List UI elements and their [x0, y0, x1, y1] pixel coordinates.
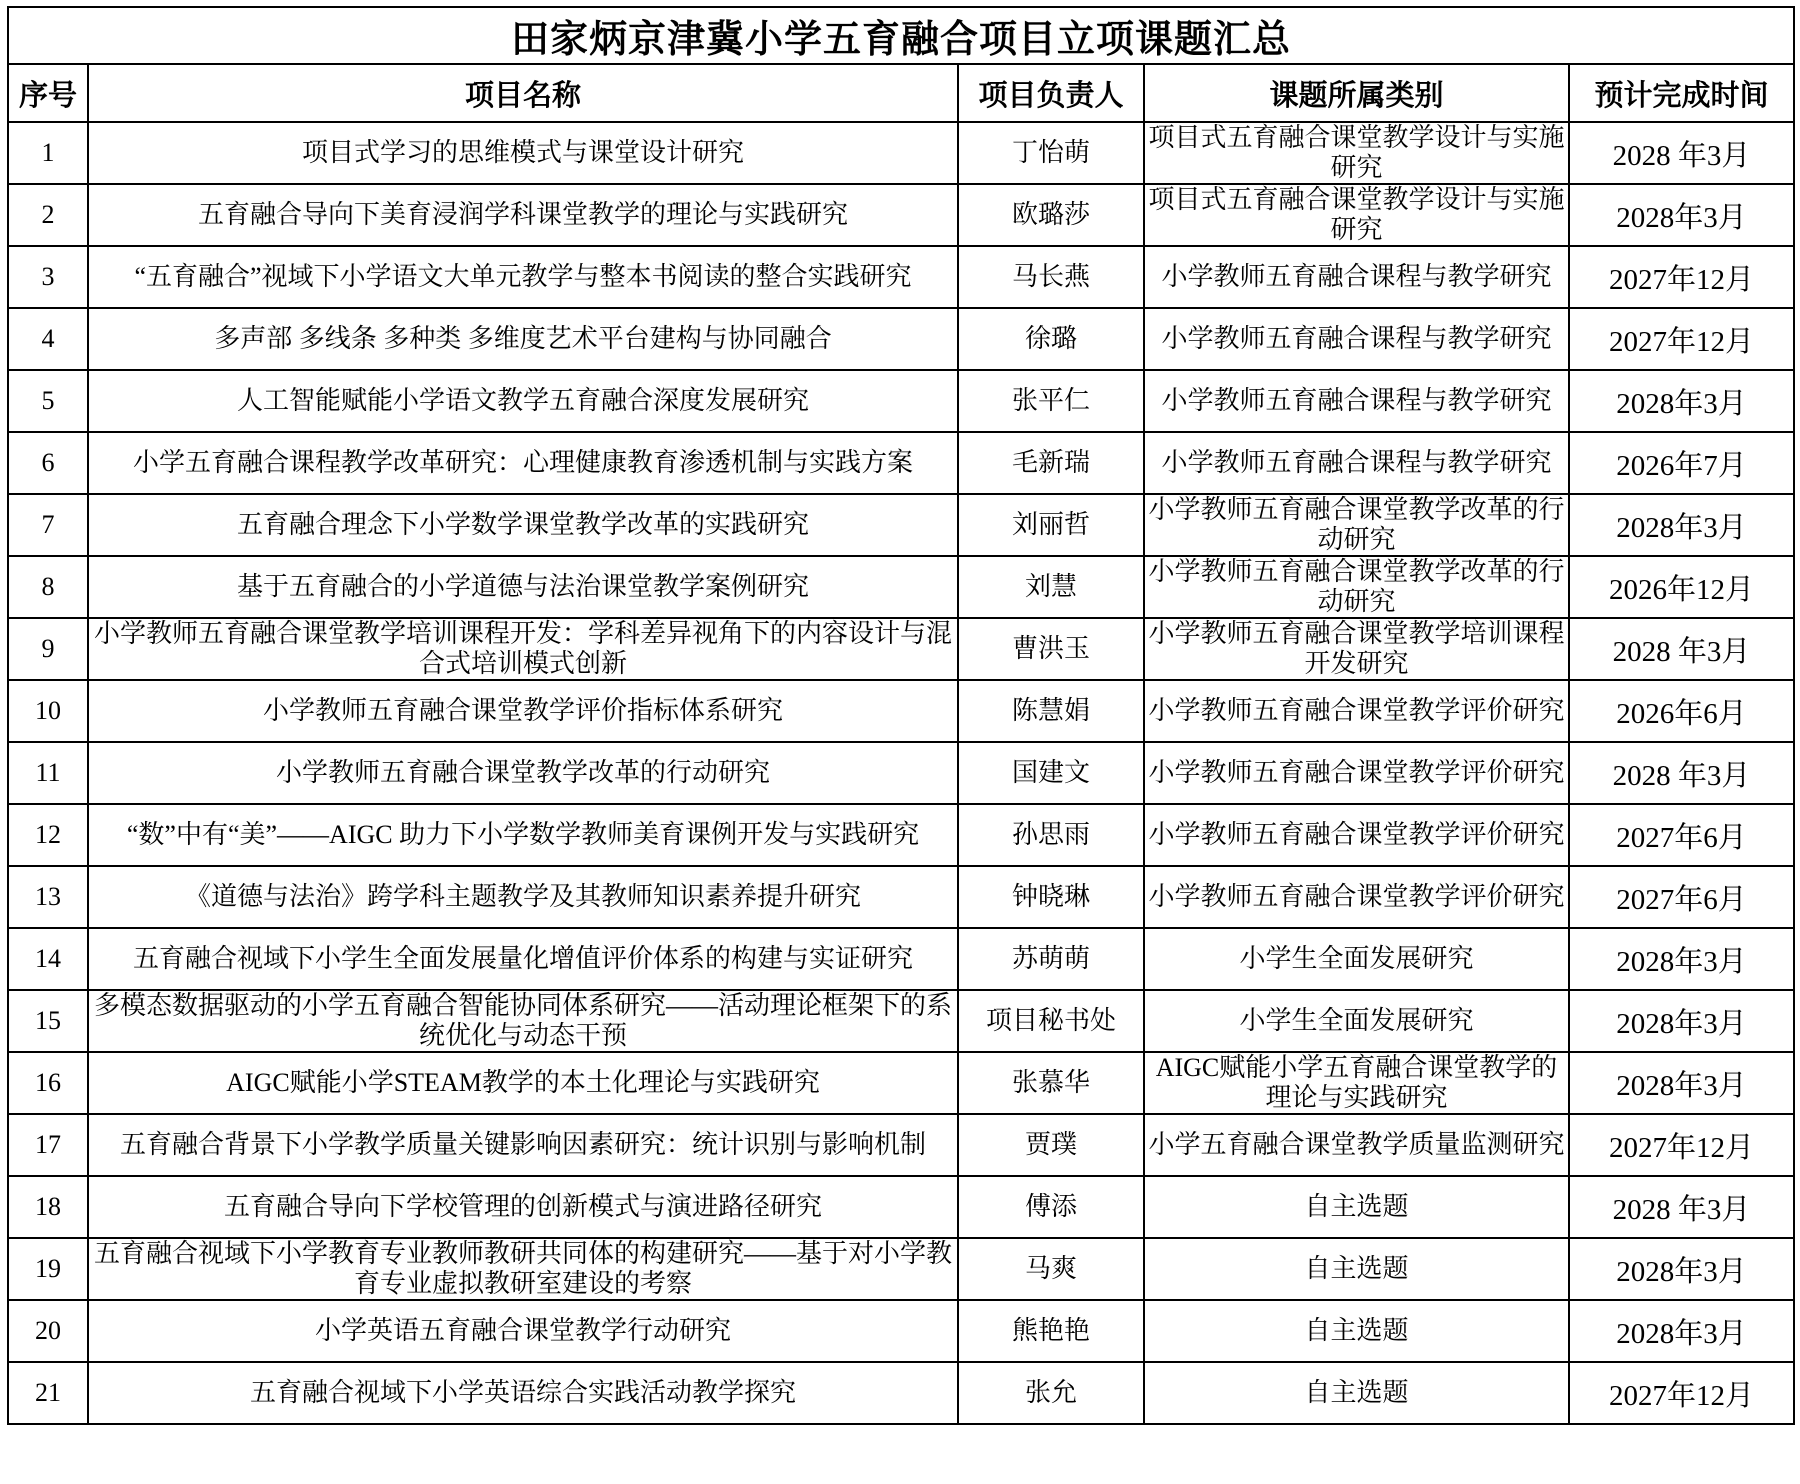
- cell-project-name: 项目式学习的思维模式与课堂设计研究: [88, 122, 958, 184]
- table-body: 1 项目式学习的思维模式与课堂设计研究 丁怡萌 项目式五育融合课堂教学设计与实施…: [8, 122, 1794, 1424]
- column-header-project-name: 项目名称: [88, 64, 958, 122]
- projects-table: 田家炳京津冀小学五育融合项目立项课题汇总 序号 项目名称 项目负责人 课题所属类…: [7, 6, 1795, 1425]
- cell-project-name: 五育融合视域下小学生全面发展量化增值评价体系的构建与实证研究: [88, 928, 958, 990]
- cell-date: 2028年3月: [1569, 184, 1794, 246]
- cell-category: 小学教师五育融合课堂教学评价研究: [1144, 742, 1569, 804]
- cell-leader: 张慕华: [958, 1052, 1144, 1114]
- column-header-date: 预计完成时间: [1569, 64, 1794, 122]
- cell-project-name: 小学教师五育融合课堂教学改革的行动研究: [88, 742, 958, 804]
- table-row: 6 小学五育融合课程教学改革研究：心理健康教育渗透机制与实践方案 毛新瑞 小学教…: [8, 432, 1794, 494]
- cell-no: 9: [8, 618, 88, 680]
- table-row: 14 五育融合视域下小学生全面发展量化增值评价体系的构建与实证研究 苏萌萌 小学…: [8, 928, 1794, 990]
- cell-date: 2028 年3月: [1569, 618, 1794, 680]
- cell-project-name: 五育融合导向下学校管理的创新模式与演进路径研究: [88, 1176, 958, 1238]
- table-row: 7 五育融合理念下小学数学课堂教学改革的实践研究 刘丽哲 小学教师五育融合课堂教…: [8, 494, 1794, 556]
- cell-no: 20: [8, 1300, 88, 1362]
- cell-date: 2027年12月: [1569, 308, 1794, 370]
- cell-no: 18: [8, 1176, 88, 1238]
- cell-leader: 项目秘书处: [958, 990, 1144, 1052]
- cell-no: 15: [8, 990, 88, 1052]
- table-row: 16 AIGC赋能小学STEAM教学的本土化理论与实践研究 张慕华 AIGC赋能…: [8, 1052, 1794, 1114]
- cell-category: 自主选题: [1144, 1238, 1569, 1300]
- cell-project-name: 小学五育融合课程教学改革研究：心理健康教育渗透机制与实践方案: [88, 432, 958, 494]
- cell-category: 项目式五育融合课堂教学设计与实施研究: [1144, 184, 1569, 246]
- cell-project-name: 五育融合理念下小学数学课堂教学改革的实践研究: [88, 494, 958, 556]
- cell-category: 小学教师五育融合课堂教学评价研究: [1144, 680, 1569, 742]
- table-row: 2 五育融合导向下美育浸润学科课堂教学的理论与实践研究 欧璐莎 项目式五育融合课…: [8, 184, 1794, 246]
- cell-date: 2027年6月: [1569, 804, 1794, 866]
- cell-no: 1: [8, 122, 88, 184]
- cell-date: 2027年6月: [1569, 866, 1794, 928]
- cell-leader: 孙思雨: [958, 804, 1144, 866]
- table-row: 4 多声部 多线条 多种类 多维度艺术平台建构与协同融合 徐璐 小学教师五育融合…: [8, 308, 1794, 370]
- cell-leader: 陈慧娟: [958, 680, 1144, 742]
- cell-category: 小学教师五育融合课堂教学评价研究: [1144, 804, 1569, 866]
- cell-leader: 张平仁: [958, 370, 1144, 432]
- table-row: 20 小学英语五育融合课堂教学行动研究 熊艳艳 自主选题 2028年3月: [8, 1300, 1794, 1362]
- table-row: 8 基于五育融合的小学道德与法治课堂教学案例研究 刘慧 小学教师五育融合课堂教学…: [8, 556, 1794, 618]
- cell-no: 2: [8, 184, 88, 246]
- cell-leader: 熊艳艳: [958, 1300, 1144, 1362]
- cell-leader: 马长燕: [958, 246, 1144, 308]
- cell-no: 5: [8, 370, 88, 432]
- cell-no: 13: [8, 866, 88, 928]
- cell-date: 2028年3月: [1569, 1300, 1794, 1362]
- table-row: 12 “数”中有“美”——AIGC 助力下小学数学教师美育课例开发与实践研究 孙…: [8, 804, 1794, 866]
- table-row: 17 五育融合背景下小学教学质量关键影响因素研究：统计识别与影响机制 贾璞 小学…: [8, 1114, 1794, 1176]
- cell-date: 2028年3月: [1569, 990, 1794, 1052]
- table-row: 21 五育融合视域下小学英语综合实践活动教学探究 张允 自主选题 2027年12…: [8, 1362, 1794, 1424]
- table-row: 3 “五育融合”视域下小学语文大单元教学与整本书阅读的整合实践研究 马长燕 小学…: [8, 246, 1794, 308]
- cell-category: 小学五育融合课堂教学质量监测研究: [1144, 1114, 1569, 1176]
- cell-category: 自主选题: [1144, 1300, 1569, 1362]
- cell-category: 小学生全面发展研究: [1144, 990, 1569, 1052]
- cell-no: 17: [8, 1114, 88, 1176]
- cell-date: 2026年7月: [1569, 432, 1794, 494]
- cell-project-name: 五育融合视域下小学英语综合实践活动教学探究: [88, 1362, 958, 1424]
- cell-no: 8: [8, 556, 88, 618]
- cell-date: 2026年6月: [1569, 680, 1794, 742]
- table-row: 15 多模态数据驱动的小学五育融合智能协同体系研究——活动理论框架下的系统优化与…: [8, 990, 1794, 1052]
- cell-leader: 毛新瑞: [958, 432, 1144, 494]
- cell-date: 2027年12月: [1569, 246, 1794, 308]
- page-title: 田家炳京津冀小学五育融合项目立项课题汇总: [8, 7, 1794, 64]
- cell-date: 2028年3月: [1569, 1052, 1794, 1114]
- cell-date: 2028 年3月: [1569, 122, 1794, 184]
- cell-project-name: 多模态数据驱动的小学五育融合智能协同体系研究——活动理论框架下的系统优化与动态干…: [88, 990, 958, 1052]
- cell-leader: 贾璞: [958, 1114, 1144, 1176]
- cell-no: 4: [8, 308, 88, 370]
- table-row: 5 人工智能赋能小学语文教学五育融合深度发展研究 张平仁 小学教师五育融合课程与…: [8, 370, 1794, 432]
- cell-date: 2028 年3月: [1569, 742, 1794, 804]
- cell-project-name: 《道德与法治》跨学科主题教学及其教师知识素养提升研究: [88, 866, 958, 928]
- cell-category: 小学生全面发展研究: [1144, 928, 1569, 990]
- cell-no: 16: [8, 1052, 88, 1114]
- table-row: 11 小学教师五育融合课堂教学改革的行动研究 国建文 小学教师五育融合课堂教学评…: [8, 742, 1794, 804]
- cell-leader: 曹洪玉: [958, 618, 1144, 680]
- cell-category: 项目式五育融合课堂教学设计与实施研究: [1144, 122, 1569, 184]
- cell-no: 21: [8, 1362, 88, 1424]
- cell-no: 3: [8, 246, 88, 308]
- cell-category: 小学教师五育融合课程与教学研究: [1144, 246, 1569, 308]
- cell-category: 小学教师五育融合课堂教学评价研究: [1144, 866, 1569, 928]
- table-row: 13 《道德与法治》跨学科主题教学及其教师知识素养提升研究 钟晓琳 小学教师五育…: [8, 866, 1794, 928]
- column-header-no: 序号: [8, 64, 88, 122]
- cell-category: 小学教师五育融合课程与教学研究: [1144, 370, 1569, 432]
- cell-category: 自主选题: [1144, 1176, 1569, 1238]
- cell-project-name: AIGC赋能小学STEAM教学的本土化理论与实践研究: [88, 1052, 958, 1114]
- table-row: 9 小学教师五育融合课堂教学培训课程开发：学科差异视角下的内容设计与混合式培训模…: [8, 618, 1794, 680]
- cell-category: 小学教师五育融合课程与教学研究: [1144, 308, 1569, 370]
- cell-leader: 国建文: [958, 742, 1144, 804]
- cell-date: 2027年12月: [1569, 1362, 1794, 1424]
- table-row: 1 项目式学习的思维模式与课堂设计研究 丁怡萌 项目式五育融合课堂教学设计与实施…: [8, 122, 1794, 184]
- cell-no: 12: [8, 804, 88, 866]
- cell-leader: 欧璐莎: [958, 184, 1144, 246]
- cell-date: 2028 年3月: [1569, 1176, 1794, 1238]
- cell-category: 小学教师五育融合课堂教学培训课程开发研究: [1144, 618, 1569, 680]
- cell-project-name: 五育融合背景下小学教学质量关键影响因素研究：统计识别与影响机制: [88, 1114, 958, 1176]
- table-row: 19 五育融合视域下小学教育专业教师教研共同体的构建研究——基于对小学教育专业虚…: [8, 1238, 1794, 1300]
- cell-leader: 刘慧: [958, 556, 1144, 618]
- cell-leader: 钟晓琳: [958, 866, 1144, 928]
- cell-leader: 徐璐: [958, 308, 1144, 370]
- column-header-category: 课题所属类别: [1144, 64, 1569, 122]
- cell-date: 2027年12月: [1569, 1114, 1794, 1176]
- cell-category: 自主选题: [1144, 1362, 1569, 1424]
- cell-project-name: 五育融合导向下美育浸润学科课堂教学的理论与实践研究: [88, 184, 958, 246]
- cell-project-name: 小学英语五育融合课堂教学行动研究: [88, 1300, 958, 1362]
- cell-no: 19: [8, 1238, 88, 1300]
- cell-leader: 刘丽哲: [958, 494, 1144, 556]
- cell-category: 小学教师五育融合课程与教学研究: [1144, 432, 1569, 494]
- cell-project-name: 多声部 多线条 多种类 多维度艺术平台建构与协同融合: [88, 308, 958, 370]
- table-row: 18 五育融合导向下学校管理的创新模式与演进路径研究 傅添 自主选题 2028 …: [8, 1176, 1794, 1238]
- cell-category: AIGC赋能小学五育融合课堂教学的理论与实践研究: [1144, 1052, 1569, 1114]
- cell-leader: 傅添: [958, 1176, 1144, 1238]
- cell-project-name: “数”中有“美”——AIGC 助力下小学数学教师美育课例开发与实践研究: [88, 804, 958, 866]
- cell-no: 11: [8, 742, 88, 804]
- cell-project-name: 基于五育融合的小学道德与法治课堂教学案例研究: [88, 556, 958, 618]
- cell-date: 2028年3月: [1569, 928, 1794, 990]
- title-row: 田家炳京津冀小学五育融合项目立项课题汇总: [8, 7, 1794, 64]
- table-row: 10 小学教师五育融合课堂教学评价指标体系研究 陈慧娟 小学教师五育融合课堂教学…: [8, 680, 1794, 742]
- cell-date: 2028年3月: [1569, 370, 1794, 432]
- cell-leader: 马爽: [958, 1238, 1144, 1300]
- cell-no: 10: [8, 680, 88, 742]
- cell-project-name: 五育融合视域下小学教育专业教师教研共同体的构建研究——基于对小学教育专业虚拟教研…: [88, 1238, 958, 1300]
- cell-no: 7: [8, 494, 88, 556]
- cell-leader: 苏萌萌: [958, 928, 1144, 990]
- cell-category: 小学教师五育融合课堂教学改革的行动研究: [1144, 494, 1569, 556]
- header-row: 序号 项目名称 项目负责人 课题所属类别 预计完成时间: [8, 64, 1794, 122]
- cell-no: 14: [8, 928, 88, 990]
- cell-project-name: 人工智能赋能小学语文教学五育融合深度发展研究: [88, 370, 958, 432]
- cell-leader: 张允: [958, 1362, 1144, 1424]
- cell-no: 6: [8, 432, 88, 494]
- cell-leader: 丁怡萌: [958, 122, 1144, 184]
- cell-date: 2026年12月: [1569, 556, 1794, 618]
- cell-project-name: 小学教师五育融合课堂教学评价指标体系研究: [88, 680, 958, 742]
- column-header-leader: 项目负责人: [958, 64, 1144, 122]
- cell-category: 小学教师五育融合课堂教学改革的行动研究: [1144, 556, 1569, 618]
- cell-project-name: “五育融合”视域下小学语文大单元教学与整本书阅读的整合实践研究: [88, 246, 958, 308]
- cell-date: 2028年3月: [1569, 1238, 1794, 1300]
- cell-date: 2028年3月: [1569, 494, 1794, 556]
- cell-project-name: 小学教师五育融合课堂教学培训课程开发：学科差异视角下的内容设计与混合式培训模式创…: [88, 618, 958, 680]
